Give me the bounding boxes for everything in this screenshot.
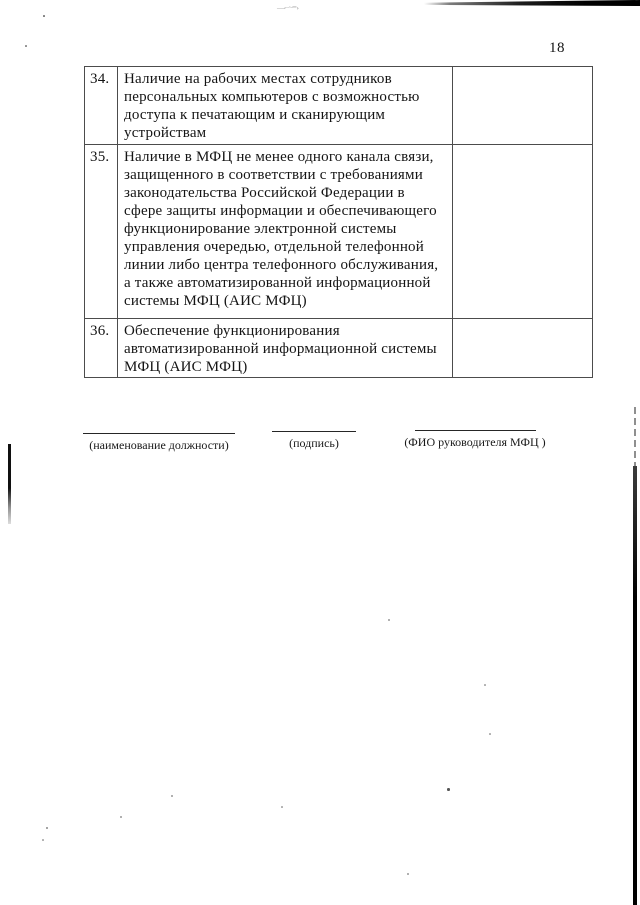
- row-value-cell: [453, 67, 593, 145]
- row-value-cell: [453, 319, 593, 378]
- table-row: 35. Наличие в МФЦ не менее одного канала…: [85, 145, 593, 319]
- row-number-cell: 35.: [85, 145, 118, 319]
- signature-field-name: (ФИО руководителя МФЦ ): [404, 430, 546, 450]
- scan-streak-right-edge: [633, 466, 637, 905]
- signature-field-position: (наименование должности): [83, 433, 235, 453]
- row-text-cell: Наличие в МФЦ не менее одного канала свя…: [118, 145, 453, 319]
- scan-streak-top-edge: [424, 0, 640, 6]
- scan-dot: [46, 827, 48, 829]
- page-number: 18: [549, 40, 565, 57]
- table-row: 36. Обеспечение функционирования автомат…: [85, 319, 593, 378]
- scan-dot: [407, 873, 409, 875]
- document-page: —⌐~=› 18 34. Наличие на рабочих местах с…: [0, 0, 640, 905]
- signature-field-sign: (подпись): [272, 431, 356, 451]
- row-number-cell: 34.: [85, 67, 118, 145]
- scan-dot: [171, 795, 173, 797]
- row-text-cell: Обеспечение функционирования автоматизир…: [118, 319, 453, 378]
- scan-streak-right-faint: [634, 407, 636, 469]
- scan-dot: [25, 45, 27, 47]
- signature-line: [272, 431, 356, 432]
- table-row: 34. Наличие на рабочих местах сотруднико…: [85, 67, 593, 145]
- signature-label-name: (ФИО руководителя МФЦ ): [404, 435, 546, 450]
- signature-line: [415, 430, 536, 431]
- scan-dot: [489, 733, 491, 735]
- scan-dot: [388, 619, 390, 621]
- scan-dot: [42, 839, 44, 841]
- signature-line: [83, 433, 235, 434]
- row-value-cell: [453, 145, 593, 319]
- signature-label-position: (наименование должности): [83, 438, 235, 453]
- scan-dot: [43, 15, 45, 17]
- row-text-cell: Наличие на рабочих местах сотрудников пе…: [118, 67, 453, 145]
- scan-dot: [120, 816, 122, 818]
- scan-mark-left-margin: [8, 444, 11, 524]
- scan-dot: [281, 806, 283, 808]
- row-number-cell: 36.: [85, 319, 118, 378]
- signature-label-sign: (подпись): [272, 436, 356, 451]
- checklist-table: 34. Наличие на рабочих местах сотруднико…: [84, 66, 593, 378]
- scan-dot: [447, 788, 450, 791]
- scan-smudge: —⌐~=›: [277, 4, 299, 11]
- scan-dot: [484, 684, 486, 686]
